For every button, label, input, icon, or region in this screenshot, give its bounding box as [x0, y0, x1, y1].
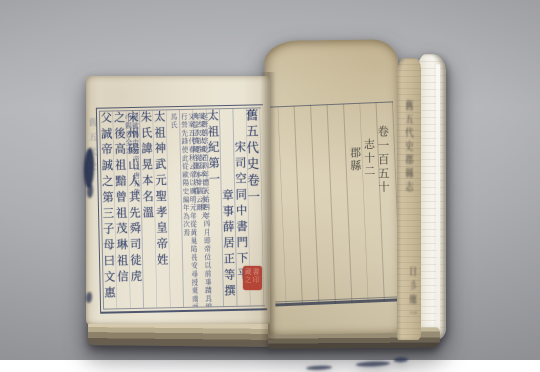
printed-text-columns: 舊五代史卷一宋司空同中書門下平章事薛居正等撰太祖紀第一案梁史太祖紀原本十卷永樂大…	[100, 108, 264, 308]
page-edge-highlight	[436, 64, 440, 332]
left-page: 舊五代史卷一宋司空同中書門下平章事薛居正等撰太祖紀第一案梁史太祖紀原本十卷永樂大…	[86, 76, 270, 324]
fore-edge-smudged-marks: 日彡廛一	[406, 266, 418, 359]
column-main-text: 舊五代史卷一	[244, 108, 260, 206]
column-main-text: 太祖紀第一	[206, 109, 221, 189]
fore-edge-smudged-title: 舊五代史郡縣志	[404, 100, 416, 251]
handwritten-section-title: 郡縣	[346, 147, 362, 181]
fore-edge-faint-title: 舊五代史	[86, 118, 98, 298]
column-annotation-small-text: 案梁史太祖紀原本十卷永樂大典卷目俱闕今釐為六卷	[192, 113, 206, 228]
column-annotation-small-text: 案歐陽史云帝以唐光啟中賜名全忠	[125, 114, 139, 197]
printed-text-frame: 舊五代史卷一宋司空同中書門下平章事薛居正等撰太祖紀第一案梁史太祖紀原本十卷永樂大…	[96, 104, 267, 313]
ancient-book: 卷一百五十 志十二 郡縣 舊五代史郡縣志 日彡廛一 舊五代史卷一宋司空同中書門下…	[84, 30, 450, 350]
right-page: 卷一百五十 志十二 郡縣	[264, 39, 402, 335]
book-gutter	[260, 72, 276, 340]
handwritten-volume-number: 卷一百五十	[375, 125, 392, 201]
fore-edge-title-strip: 舊五代史郡縣志 日彡廛一	[397, 58, 421, 340]
photo-background: 卷一百五十 志十二 郡縣 舊五代史郡縣志 日彡廛一 舊五代史卷一宋司空同中書門下…	[0, 0, 540, 360]
seal-glyphs: 藏書之印	[245, 268, 261, 289]
